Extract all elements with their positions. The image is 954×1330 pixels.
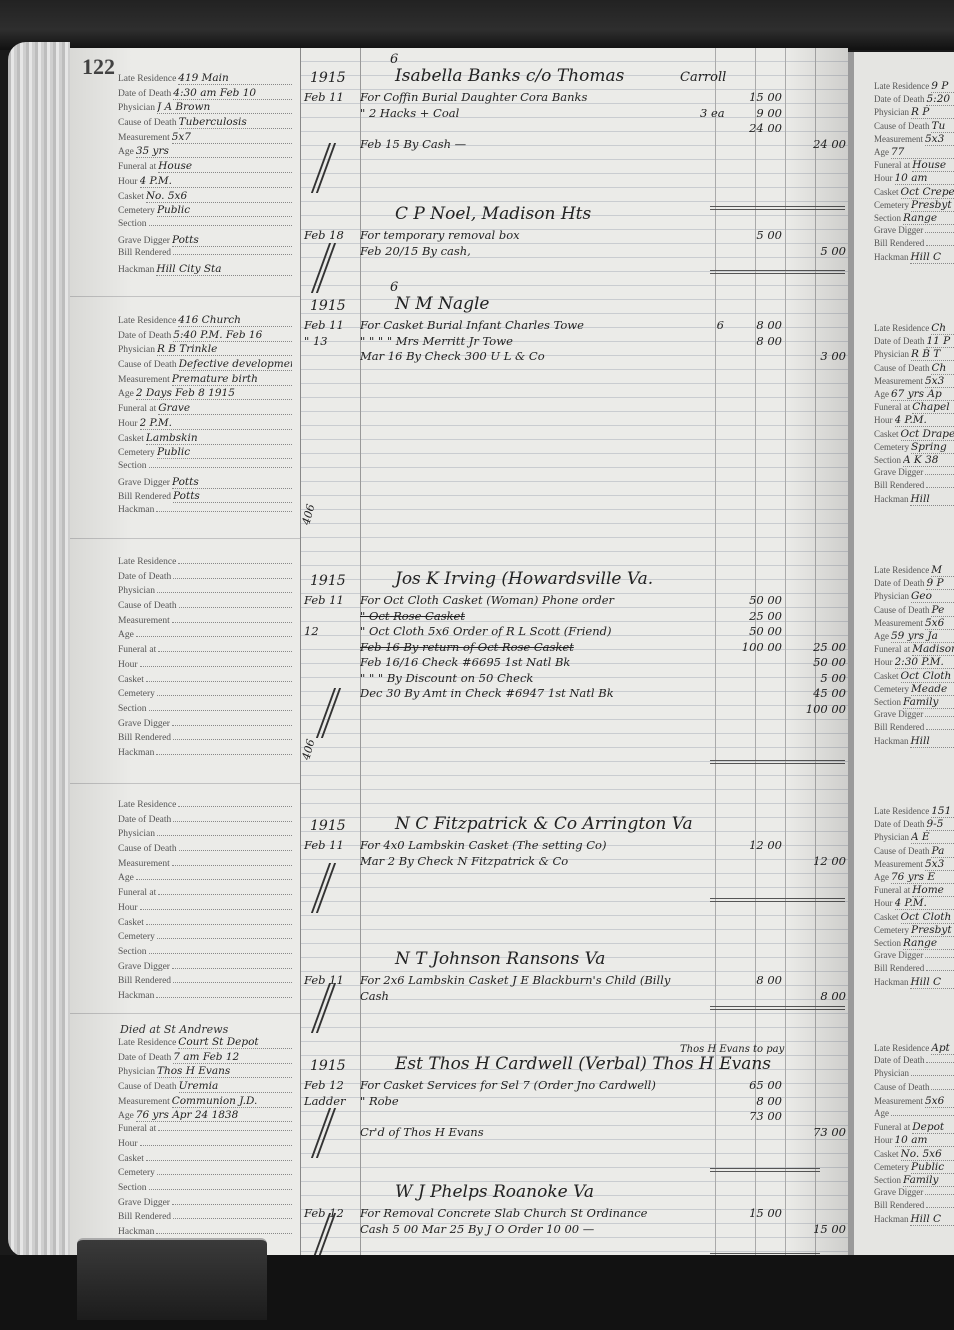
ledger-line: Feb 11For Oct Cloth Casket (Woman) Phone… (304, 593, 848, 608)
form-field: Section (118, 461, 292, 476)
field-value (173, 982, 292, 983)
field-label: Grave Digger (874, 225, 923, 235)
form-field: Measurement (118, 616, 292, 631)
ledger-line: " 2 Hacks + Coal3 ea9 00 (304, 106, 848, 121)
form-field: Bill Rendered (118, 1212, 292, 1227)
field-label: Age (874, 1108, 889, 1118)
field-value (140, 1145, 292, 1146)
field-value: Meade (911, 683, 954, 696)
form-field: Hour2:30 P.M. (874, 656, 954, 669)
entry-year: 1915 (310, 818, 346, 834)
field-value: Hill City Sta (156, 263, 292, 276)
field-value: A E (911, 831, 954, 844)
field-label: Late Residence (118, 316, 176, 326)
field-label: Hour (118, 177, 138, 187)
field-label: Section (874, 213, 901, 223)
field-value: Hill C (910, 976, 954, 989)
field-value: 5x6 (925, 617, 954, 630)
form-field: PhysicianA E (874, 831, 954, 844)
entry-year: 1915 (310, 1058, 346, 1074)
form-field: Cause of DeathPe (874, 604, 954, 617)
form-field: Bill Rendered (874, 238, 954, 251)
field-label: Physician (118, 586, 155, 596)
field-value: House (912, 159, 954, 172)
field-value: 4 P.M. (895, 414, 954, 427)
credit-amount: 24 00 (790, 137, 846, 151)
field-value: Madison (912, 643, 954, 656)
field-label: Date of Death (874, 336, 924, 346)
form-field: Measurement5x7 (118, 131, 292, 146)
field-label: Cemetery (118, 932, 155, 942)
field-label: Age (118, 1111, 134, 1121)
form-field: CemeteryPresbyt (874, 199, 954, 212)
field-label: Cemetery (118, 448, 155, 458)
field-label: Hour (874, 173, 893, 183)
field-value: J A Brown (157, 101, 292, 114)
field-label: Grave Digger (118, 236, 170, 246)
form-field: Bill Rendered (874, 1200, 954, 1213)
line-quantity (700, 973, 724, 988)
field-value: 4 P.M. (140, 175, 292, 188)
form-field: Grave Digger (118, 1198, 292, 1213)
form-field: Date of Death9 P (874, 577, 954, 590)
field-value: Hill (910, 735, 954, 748)
form-field: PhysicianR B Trinkle (118, 343, 292, 358)
form-field: Grave Digger (118, 719, 292, 734)
ledger-line: Feb 11For Coffin Burial Daughter Cora Ba… (304, 90, 848, 105)
ledger-line: Feb 16/16 Check #6695 1st Natl Bk50 00 (304, 655, 848, 670)
entry-year: 1915 (310, 298, 346, 314)
line-description: " 2 Hacks + Coal (360, 106, 700, 121)
line-description: For Oct Cloth Casket (Woman) Phone order (360, 593, 700, 608)
field-value: A K 38 (903, 454, 954, 467)
form-field: Bill Rendered (118, 248, 292, 263)
line-quantity: 6 (700, 318, 724, 333)
form-field: Date of Death4:30 am Feb 10 (118, 87, 292, 102)
form-field: Age76 yrs E (874, 871, 954, 884)
field-label: Hour (118, 660, 138, 670)
form-field: Measurement (118, 859, 292, 874)
entry-mark: 6 (390, 52, 398, 67)
field-label: Section (874, 938, 901, 948)
form-field: Hour (118, 660, 292, 675)
field-label: Grave Digger (874, 467, 923, 477)
field-label: Measurement (874, 134, 923, 144)
field-value: Presbyt (911, 924, 954, 937)
form-field: Grave Digger (874, 1187, 954, 1200)
form-field: HackmanHill C (874, 251, 954, 264)
debit-amount: 8 00 (722, 1094, 782, 1108)
debit-amount: 24 00 (722, 121, 782, 135)
field-label: Late Residence (118, 800, 176, 810)
field-value: R B T (911, 348, 954, 361)
form-field: Section (118, 219, 292, 234)
total-rule (710, 1168, 820, 1172)
form-field: SectionRange (874, 212, 954, 225)
field-value (911, 1075, 954, 1076)
credit-amount: 50 00 (790, 655, 846, 669)
line-quantity (700, 624, 724, 639)
form-field: Late ResidenceM (874, 564, 954, 577)
form-field: CemeteryPublic (118, 446, 292, 461)
field-label: Late Residence (118, 74, 176, 84)
line-quantity (700, 334, 724, 349)
line-quantity (700, 121, 724, 136)
field-label: Late Residence (874, 806, 929, 816)
field-label: Hackman (118, 505, 154, 515)
form-field: PhysicianJ A Brown (118, 101, 292, 116)
line-quantity (700, 838, 724, 853)
field-value: 9-5 (926, 818, 954, 831)
credit-amount: 73 00 (790, 1125, 846, 1139)
form-field: CemeteryPublic (874, 1161, 954, 1174)
death-record-form: Late Residence419 MainDate of Death4:30 … (118, 72, 292, 278)
form-field: Bill Rendered (874, 480, 954, 493)
field-value: Ch (931, 362, 954, 375)
field-value (140, 666, 292, 667)
form-field: Measurement5x3 (874, 133, 954, 146)
field-value (149, 953, 293, 954)
field-label: Cemetery (874, 925, 909, 935)
form-field: Date of Death5:40 P.M. Feb 16 (118, 329, 292, 344)
field-value: 5x6 (925, 1095, 954, 1108)
line-description: For Casket Burial Infant Charles Towe (360, 318, 700, 333)
form-field: Bill RenderedPotts (118, 490, 292, 505)
field-label: Casket (874, 1149, 899, 1159)
debit-amount: 50 00 (722, 624, 782, 638)
field-value (136, 636, 292, 637)
line-description: Cr'd of Thos H Evans (360, 1125, 700, 1140)
form-field: Bill Rendered (874, 963, 954, 976)
field-value: Family (903, 1174, 954, 1187)
form-divider (300, 48, 301, 1258)
form-field: Cemetery (118, 689, 292, 704)
field-value (157, 592, 292, 593)
field-label: Section (874, 1175, 901, 1185)
debit-amount: 5 00 (722, 228, 782, 242)
debit-amount: 15 00 (722, 90, 782, 104)
field-label: Bill Rendered (874, 480, 924, 490)
field-label: Measurement (874, 376, 923, 386)
field-value: 419 Main (178, 72, 292, 85)
page-number: 122 (82, 54, 115, 80)
line-description: Cash 5 00 Mar 25 By J O Order 10 00 — (360, 1222, 700, 1237)
form-field: Age (874, 1108, 954, 1121)
field-value: R B Trinkle (157, 343, 292, 356)
debit-amount: 15 00 (722, 1206, 782, 1220)
form-field: Cemetery (118, 932, 292, 947)
field-label: Late Residence (874, 565, 929, 575)
field-value: Oct Crepe (901, 186, 954, 199)
form-field: Funeral atHome (874, 884, 954, 897)
field-label: Measurement (118, 1097, 170, 1107)
debit-amount: 73 00 (722, 1109, 782, 1123)
field-label: Bill Rendered (874, 963, 924, 973)
field-label: Grave Digger (874, 1187, 923, 1197)
line-quantity (700, 90, 724, 105)
form-field: CasketNo. 5x6 (874, 1148, 954, 1161)
debit-amount: 8 00 (722, 334, 782, 348)
ledger-page: 122 Late Residence419 MainDate of Death4… (70, 48, 848, 1258)
field-value (926, 970, 954, 971)
field-label: Grave Digger (874, 709, 923, 719)
field-value (178, 563, 292, 564)
form-field: Funeral at (118, 645, 292, 660)
form-field: CasketOct Cloth (874, 911, 954, 924)
form-field: CasketOct Crepe (874, 186, 954, 199)
form-field: Measurement5x6 (874, 1095, 954, 1108)
line-date (304, 609, 360, 624)
field-label: Date of Death (874, 819, 924, 829)
section-divider (70, 1013, 300, 1014)
form-field: CasketLambskin (118, 432, 292, 447)
field-label: Physician (874, 591, 909, 601)
line-quantity (700, 1206, 724, 1221)
line-description: Feb 16/16 Check #6695 1st Natl Bk (360, 655, 700, 670)
field-label: Cause of Death (118, 601, 177, 611)
line-description: For Removal Concrete Slab Church St Ordi… (360, 1206, 700, 1221)
field-value: Pa (931, 845, 954, 858)
field-label: Physician (874, 107, 909, 117)
form-field: Hour2 P.M. (118, 417, 292, 432)
field-label: Cemetery (118, 1168, 155, 1178)
field-label: Physician (874, 349, 909, 359)
field-label: Funeral at (118, 888, 156, 898)
line-description: Feb 16 By return of Oct Rose Casket (360, 640, 700, 655)
form-field: PhysicianThos H Evans (118, 1065, 292, 1080)
field-label: Date of Death (118, 815, 171, 825)
field-value (891, 1115, 954, 1116)
field-label: Physician (874, 1068, 909, 1078)
ledger-line: 100 00 (304, 702, 848, 717)
line-description: " " " By Discount on 50 Check (360, 671, 700, 686)
field-value: House (158, 160, 292, 173)
field-value: 76 yrs E (891, 871, 954, 884)
field-value: 11 P (926, 335, 954, 348)
field-label: Date of Death (118, 1053, 171, 1063)
field-value: 10 am (895, 172, 954, 185)
field-value (173, 821, 292, 822)
line-description (360, 702, 700, 717)
form-field: CemeteryPresbyt (874, 924, 954, 937)
field-value: 59 yrs Ja (891, 630, 954, 643)
form-field: Date of Death (118, 572, 292, 587)
field-value: Thos H Evans (157, 1065, 292, 1078)
form-field: Bill Rendered (118, 976, 292, 991)
field-label: Age (118, 630, 134, 640)
field-label: Hour (118, 903, 138, 913)
customer-name: N T Johnson Ransons Va (395, 949, 605, 969)
field-value: 4:30 am Feb 10 (173, 87, 292, 100)
form-field: Late Residence419 Main (118, 72, 292, 87)
form-field: Age2 Days Feb 8 1915 (118, 387, 292, 402)
death-record-form: Late ResidenceDate of DeathPhysicianCaus… (118, 800, 292, 1006)
form-field: Date of Death (118, 815, 292, 830)
entry-mark: 6 (390, 280, 398, 295)
field-label: Hackman (118, 1227, 154, 1237)
form-field: SectionA K 38 (874, 454, 954, 467)
field-value: Range (903, 937, 954, 950)
field-label: Hackman (118, 748, 154, 758)
form-field: Grave DiggerPotts (118, 476, 292, 491)
field-label: Cause of Death (118, 1082, 177, 1092)
form-field: Cause of DeathTuberculosis (118, 116, 292, 131)
field-value: Hill C (910, 1213, 954, 1226)
form-field: Hour4 P.M. (874, 414, 954, 427)
line-quantity (700, 1094, 724, 1109)
field-label: Date of Death (874, 1055, 924, 1065)
form-field: Hour (118, 903, 292, 918)
field-label: Cause of Death (118, 844, 177, 854)
field-label: Casket (874, 429, 899, 439)
field-value: Hill (910, 493, 954, 506)
field-label: Funeral at (874, 160, 910, 170)
field-value: Spring (911, 441, 954, 454)
line-description: Mar 16 By Check 300 U L & Co (360, 349, 700, 364)
field-label: Cause of Death (118, 118, 177, 128)
field-value: 2:30 P.M. (895, 656, 954, 669)
field-label: Casket (118, 1154, 144, 1164)
form-field: Hour10 am (874, 1134, 954, 1147)
form-field: Grave Digger (874, 709, 954, 722)
credit-amount: 5 00 (790, 244, 846, 258)
line-quantity (700, 1125, 724, 1140)
line-quantity (700, 640, 724, 655)
ledger-line: Feb 11For 4x0 Lambskin Casket (The setti… (304, 838, 848, 853)
field-label: Late Residence (118, 557, 176, 567)
form-field: Hour4 P.M. (118, 175, 292, 190)
line-quantity (700, 1222, 724, 1237)
credit-amount: 100 00 (790, 702, 846, 716)
line-description (360, 1109, 700, 1124)
field-label: Casket (874, 187, 899, 197)
field-label: Hackman (874, 977, 908, 987)
field-label: Cause of Death (874, 1082, 929, 1092)
field-value: 77 (891, 146, 954, 159)
form-field: Late Residence (118, 800, 292, 815)
line-description: Mar 2 By Check N Fitzpatrick & Co (360, 854, 700, 869)
field-value: Tu (931, 120, 954, 133)
field-value: Depot (912, 1121, 954, 1134)
form-field: SectionFamily (874, 1174, 954, 1187)
field-value (156, 511, 292, 512)
form-field: Section (118, 947, 292, 962)
credit-amount: 25 00 (790, 640, 846, 654)
form-field: Cause of DeathTu (874, 120, 954, 133)
credit-amount: 3 00 (790, 349, 846, 363)
field-label: Grave Digger (118, 962, 170, 972)
form-field: CemeteryMeade (874, 683, 954, 696)
field-label: Hour (874, 657, 893, 667)
form-field: MeasurementPremature birth (118, 373, 292, 388)
field-label: Hour (874, 1135, 893, 1145)
field-value: Potts (172, 234, 292, 247)
credit-amount: 15 00 (790, 1222, 846, 1236)
ledger-line: Cash 5 00 Mar 25 By J O Order 10 00 —15 … (304, 1222, 848, 1237)
form-field: Measurement5x3 (874, 375, 954, 388)
field-label: Bill Rendered (118, 492, 171, 502)
form-field: Funeral atMadison (874, 643, 954, 656)
ledger-line: Mar 16 By Check 300 U L & Co3 00 (304, 349, 848, 364)
field-label: Date of Death (118, 572, 171, 582)
form-field: Date of Death7 am Feb 12 (118, 1051, 292, 1066)
form-field: Hackman (118, 505, 292, 520)
field-label: Age (874, 389, 889, 399)
ledger-line: Feb 18For temporary removal box5 00 (304, 228, 848, 243)
field-label: Measurement (118, 375, 170, 385)
line-description: For temporary removal box (360, 228, 700, 243)
field-label: Measurement (874, 859, 923, 869)
form-field: Date of Death5:20 (874, 93, 954, 106)
line-date (304, 1125, 360, 1140)
field-value: Potts (172, 476, 292, 489)
field-label: Funeral at (118, 1124, 156, 1134)
form-field: Late Residence9 P (874, 80, 954, 93)
field-label: Age (118, 147, 134, 157)
field-label: Date of Death (118, 89, 171, 99)
line-date: Feb 11 (304, 838, 360, 853)
field-label: Age (118, 389, 134, 399)
field-label: Cemetery (118, 206, 155, 216)
field-value (172, 622, 292, 623)
form-field: Cause of DeathPa (874, 845, 954, 858)
field-label: Cemetery (874, 1162, 909, 1172)
form-field: Cause of DeathDefective development (118, 358, 292, 373)
field-value: 7 am Feb 12 (173, 1051, 292, 1064)
field-value: 10 am (895, 1134, 954, 1147)
field-value (149, 467, 293, 468)
field-value (149, 710, 293, 711)
form-field: CasketOct Drape (874, 428, 954, 441)
field-value: Court St Depot (178, 1036, 292, 1049)
field-label: Casket (118, 918, 144, 928)
form-field: Cemetery (118, 1168, 292, 1183)
line-date: Feb 11 (304, 318, 360, 333)
line-date: Feb 12 (304, 1078, 360, 1093)
field-label: Grave Digger (118, 1198, 170, 1208)
field-value: 2 P.M. (140, 417, 292, 430)
field-label: Hackman (118, 991, 154, 1001)
line-date: Ladder (304, 1094, 360, 1109)
form-field: Age35 yrs (118, 145, 292, 160)
death-record-form: Late Residence151Date of Death9-5Physici… (874, 805, 954, 990)
field-label: Physician (118, 1067, 155, 1077)
field-label: Hackman (118, 265, 154, 275)
field-value: 4 P.M. (895, 897, 954, 910)
field-value (140, 909, 292, 910)
form-field: Grave Digger (118, 962, 292, 977)
form-field: Cause of Death (874, 1082, 954, 1095)
form-field: HackmanHill C (874, 1213, 954, 1226)
form-field: Age (118, 630, 292, 645)
field-value: 5x7 (172, 131, 292, 144)
field-label: Cause of Death (874, 605, 929, 615)
form-field: Physician (118, 586, 292, 601)
field-value: Defective development (179, 358, 292, 371)
form-field: Funeral at (118, 1124, 292, 1139)
entry-year: 1915 (310, 70, 346, 86)
field-label: Cause of Death (874, 121, 929, 131)
field-label: Bill Rendered (118, 733, 171, 743)
field-value: Oct Cloth (901, 670, 954, 683)
field-value: Ch (931, 322, 954, 335)
form-field: Funeral atDepot (874, 1121, 954, 1134)
field-label: Date of Death (874, 94, 924, 104)
form-field: Age76 yrs Apr 24 1838 (118, 1109, 292, 1124)
ledger-line: Feb 12For Casket Services for Sel 7 (Ord… (304, 1078, 848, 1093)
form-field: Section (118, 704, 292, 719)
field-label: Date of Death (118, 331, 171, 341)
